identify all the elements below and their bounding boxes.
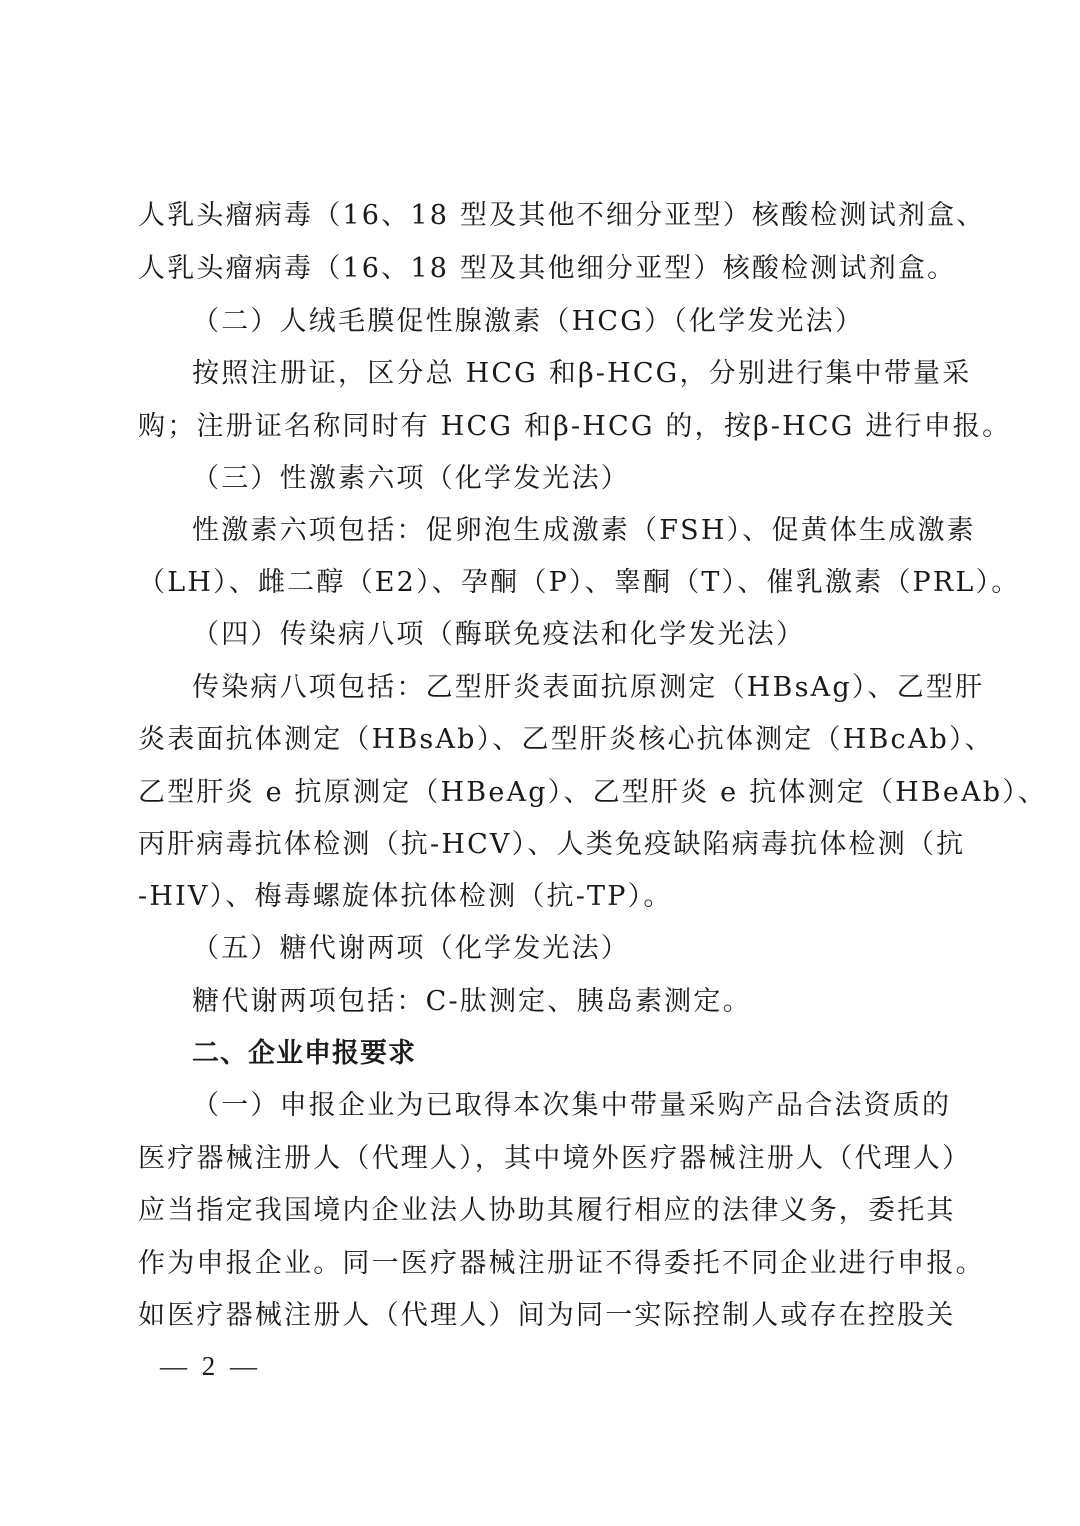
subsection-heading-sex-hormones: （三）性激素六项（化学发光法） (192, 453, 946, 505)
body-text-line: 人乳头瘤病毒（16、18 型及其他细分亚型）核酸检测试剂盒。 (138, 243, 946, 295)
body-text-line: 乙型肝炎 e 抗原测定（HBeAg）、乙型肝炎 e 抗体测定（HBeAb）、 (138, 767, 946, 819)
body-text-line: 医疗器械注册人（代理人），其中境外医疗器械注册人（代理人） (138, 1133, 946, 1185)
body-text-line: （一）申报企业为已取得本次集中带量采购产品合法资质的 (192, 1080, 946, 1132)
body-text-line: 传染病八项包括：乙型肝炎表面抗原测定（HBsAg）、乙型肝 (192, 662, 946, 714)
body-text-line: 丙肝病毒抗体检测（抗-HCV）、人类免疫缺陷病毒抗体检测（抗 (138, 819, 946, 871)
subsection-heading-hcg: （二）人绒毛膜促性腺激素（HCG）（化学发光法） (192, 296, 946, 348)
subsection-heading-infectious-diseases: （四）传染病八项（酶联免疫法和化学发光法） (192, 609, 946, 661)
body-text-line: 炎表面抗体测定（HBsAb）、乙型肝炎核心抗体测定（HBcAb）、 (138, 714, 946, 766)
body-text-line: 如医疗器械注册人（代理人）间为同一实际控制人或存在控股关 (138, 1290, 946, 1342)
body-text-line: 作为申报企业。同一医疗器械注册证不得委托不同企业进行申报。 (138, 1238, 946, 1290)
body-text-line: 购；注册证名称同时有 HCG 和β-HCG 的，按β-HCG 进行申报。 (138, 401, 946, 453)
body-text-line: 糖代谢两项包括：C-肽测定、胰岛素测定。 (192, 976, 946, 1028)
body-text-line: -HIV）、梅毒螺旋体抗体检测（抗-TP）。 (138, 871, 946, 923)
subsection-heading-glucose-metabolism: （五）糖代谢两项（化学发光法） (192, 923, 946, 975)
body-text-line: 人乳头瘤病毒（16、18 型及其他不细分亚型）核酸检测试剂盒、 (138, 190, 946, 242)
section-heading-enterprise-requirements: 二、企业申报要求 (192, 1028, 946, 1080)
body-text-line: 性激素六项包括：促卵泡生成激素（FSH）、促黄体生成激素 (192, 505, 946, 557)
body-text-line: 按照注册证，区分总 HCG 和β-HCG，分别进行集中带量采 (192, 348, 946, 400)
body-text-line: 应当指定我国境内企业法人协助其履行相应的法律义务，委托其 (138, 1185, 946, 1237)
page-number: — 2 — (160, 1346, 261, 1386)
body-text-line: （LH）、雌二醇（E2）、孕酮（P）、睾酮（T）、催乳激素（PRL）。 (138, 557, 946, 609)
document-page: 人乳头瘤病毒（16、18 型及其他不细分亚型）核酸检测试剂盒、 人乳头瘤病毒（1… (0, 0, 1080, 1526)
